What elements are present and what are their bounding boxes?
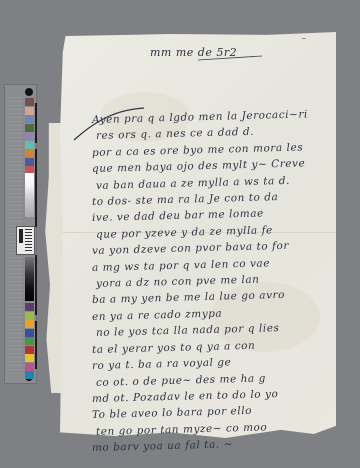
swatch-cyan [25, 371, 34, 379]
swatch-brown [25, 98, 34, 106]
color-checker [4, 84, 37, 384]
resolution-target [16, 226, 35, 255]
ruler-bar [35, 255, 37, 315]
swatch-red [25, 346, 34, 354]
swatch-green [25, 337, 34, 345]
swatch-yellow-green [25, 312, 34, 320]
swatch-purplish-blue [25, 158, 34, 166]
heading-flourish-icon [196, 46, 266, 66]
swatch-blue [25, 329, 34, 337]
ruler-bar [35, 149, 37, 227]
grey-ramp-light [25, 173, 34, 217]
swatch-yellow [25, 354, 34, 362]
corner-annotation: ~ [301, 35, 307, 43]
ruler-bar [35, 103, 37, 143]
swatch-orange-yellow [25, 320, 34, 328]
letter-body: Ayen pra q a lgdo men la Jerocaci~rires … [92, 112, 332, 457]
swatch-foliage [25, 124, 34, 132]
ruler-bar [35, 321, 37, 369]
swatch-blue-sky [25, 115, 34, 123]
swatch-blue-flower [25, 132, 34, 140]
swatch-light-skin [25, 107, 34, 115]
grey-ramp-dark [25, 257, 34, 301]
punch-hole-icon [25, 88, 33, 96]
swatch-orange [25, 149, 34, 157]
swatch-bluish-green [25, 141, 34, 149]
swatch-purple [25, 303, 34, 311]
swatch-magenta [25, 363, 34, 371]
